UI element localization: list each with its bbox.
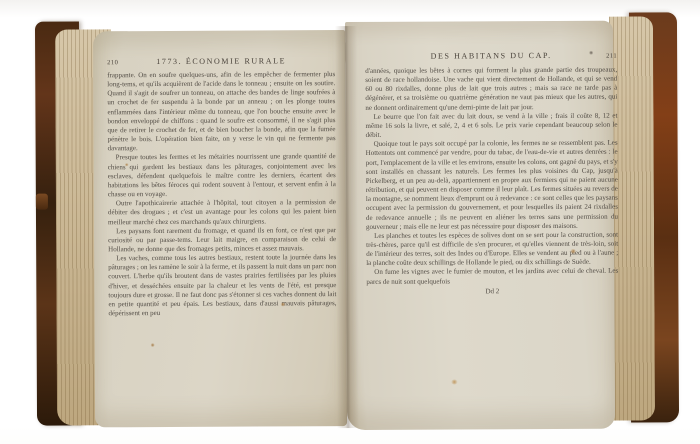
gutter-shadow bbox=[335, 26, 359, 428]
left-running-title: 1773. ÉCONOMIE RURALE bbox=[137, 56, 305, 66]
right-page: DES HABITANS DU CAP. 211 d'années, quoiq… bbox=[345, 21, 615, 430]
right-running-header: DES HABITANS DU CAP. 211 bbox=[365, 51, 617, 61]
paragraph: Les planches et toutes les espèces de so… bbox=[366, 230, 618, 268]
book-photograph: 210 1773. ÉCONOMIE RURALE frappante. On … bbox=[0, 0, 700, 444]
paragraph: Outre l'apothicairerie attachée à l'hôpi… bbox=[108, 198, 336, 227]
paragraph: On fume les vignes avec le fumier de mou… bbox=[366, 267, 618, 287]
left-text-block: frappante. On en soufre quelques-uns, af… bbox=[107, 70, 336, 318]
leather-worn-tab bbox=[36, 194, 48, 210]
right-running-title: DES HABITANS DU CAP. bbox=[395, 51, 587, 61]
left-page: 210 1773. ÉCONOMIE RURALE frappante. On … bbox=[93, 30, 347, 427]
paragraph: Le beurre que l'on fait avec du lait dou… bbox=[365, 111, 617, 140]
paragraph: d'années, quoique les bêtes à cornes qui… bbox=[365, 66, 617, 113]
left-page-number: 210 bbox=[107, 59, 137, 66]
paragraph: Les vaches, comme tous les autres bestia… bbox=[108, 253, 336, 318]
signature-mark: Dd 2 bbox=[366, 286, 618, 296]
left-running-header: 210 1773. ÉCONOMIE RURALE bbox=[107, 56, 335, 66]
paragraph: frappante. On en soufre quelques-uns, af… bbox=[107, 70, 335, 154]
paragraph: Presque toutes les fermes et les métairi… bbox=[108, 153, 336, 200]
right-text-block: d'années, quoique les bêtes à cornes qui… bbox=[365, 66, 618, 297]
paragraph: Les paysans font rarement du fromage, et… bbox=[108, 226, 336, 255]
right-page-number: 211 bbox=[587, 53, 617, 60]
open-book: 210 1773. ÉCONOMIE RURALE frappante. On … bbox=[29, 10, 681, 429]
paragraph: Quoique tout le pays soit occupé par la … bbox=[366, 139, 618, 232]
